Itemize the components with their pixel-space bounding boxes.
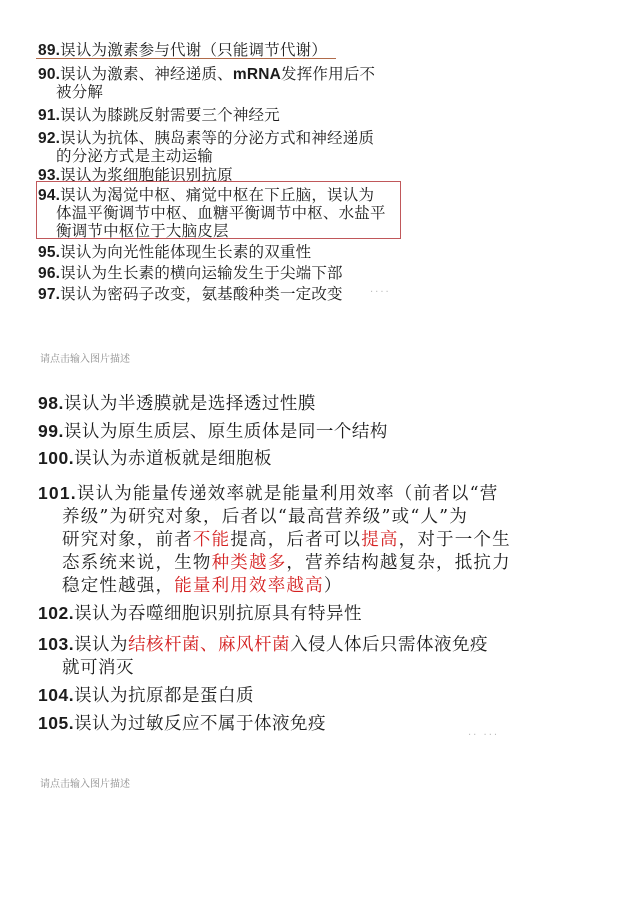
item-104: 104.误认为抗原都是蛋白质 bbox=[38, 682, 254, 707]
item-94-cont2: 衡调节中枢位于大脑皮层 bbox=[56, 219, 229, 241]
underline-marker bbox=[36, 58, 336, 59]
item-101-line3: 研究对象，前者不能提高，后者可以提高，对于一个生 bbox=[62, 526, 511, 551]
item-100: 100.误认为赤道板就是细胞板 bbox=[38, 445, 272, 470]
image-caption-2[interactable]: 请点击输入图片描述 bbox=[40, 775, 130, 790]
item-103-cont: 就可消灭 bbox=[62, 654, 134, 679]
item-97: 97.误认为密码子改变，氨基酸种类一定改变 bbox=[38, 282, 343, 304]
item-101-line4: 态系统来说，生物种类越多，营养结构越复杂，抵抗力 bbox=[62, 549, 511, 574]
item-98: 98.误认为半透膜就是选择透过性膜 bbox=[38, 390, 316, 415]
item-101: 101.误认为能量传递效率就是能量利用效率（前者以“营 bbox=[38, 480, 498, 505]
item-102: 102.误认为吞噬细胞识别抗原具有特异性 bbox=[38, 600, 362, 625]
item-103: 103.误认为结核杆菌、麻风杆菌入侵人体后只需体液免疫 bbox=[38, 631, 488, 656]
watermark-dots: ·· ··· bbox=[468, 730, 499, 741]
image-block-2[interactable]: 98.误认为半透膜就是选择透过性膜 99.误认为原生质层、原生质体是同一个结构 … bbox=[0, 378, 640, 758]
image-caption-1[interactable]: 请点击输入图片描述 bbox=[40, 350, 130, 365]
item-101-line2: 养级”为研究对象，后者以“最高营养级”或“人”为 bbox=[62, 503, 468, 528]
watermark-dots: ···· bbox=[370, 287, 391, 298]
item-99: 99.误认为原生质层、原生质体是同一个结构 bbox=[38, 418, 388, 443]
item-96: 96.误认为生长素的横向运输发生于尖端下部 bbox=[38, 261, 343, 283]
item-91: 91.误认为膝跳反射需要三个神经元 bbox=[38, 103, 280, 125]
item-89: 89.误认为激素参与代谢（只能调节代谢） bbox=[38, 38, 327, 60]
item-105: 105.误认为过敏反应不属于体液免疫 bbox=[38, 710, 326, 735]
item-95: 95.误认为向光性能体现生长素的双重性 bbox=[38, 240, 311, 262]
image-block-1[interactable]: 89.误认为激素参与代谢（只能调节代谢） 90.误认为激素、神经递质、mRNA发… bbox=[0, 0, 640, 330]
item-90-cont: 被分解 bbox=[56, 80, 103, 102]
item-101-line5: 稳定性越强，能量利用效率越高） bbox=[62, 572, 343, 597]
